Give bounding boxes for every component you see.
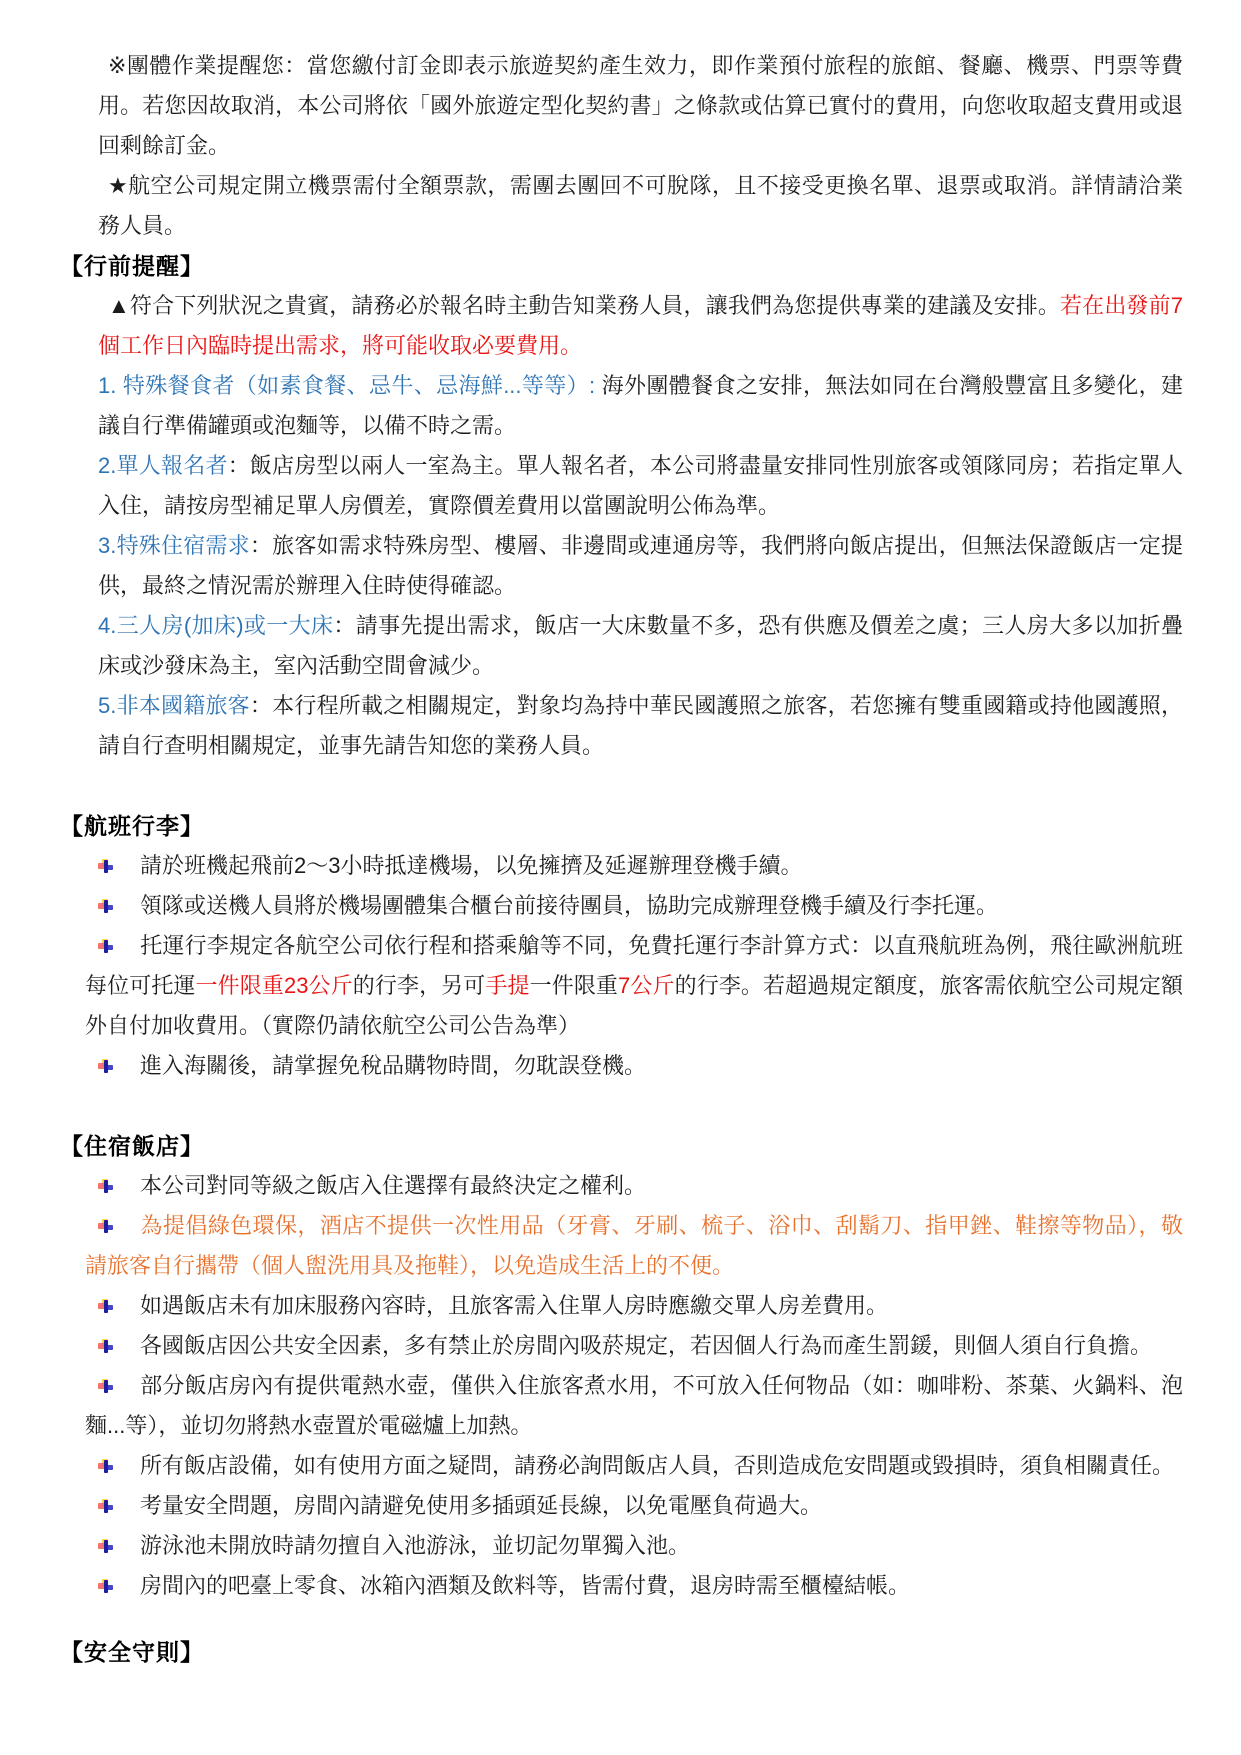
item-text-part-red: 7公斤 <box>618 973 675 998</box>
item-label: 1. 特殊餐食者（如素食餐、忌牛、忌海鮮...等等）: <box>98 373 602 398</box>
item-body: ：本行程所載之相關規定，對象均為持中華民國護照之旅客，若您擁有雙重國籍或持他國護… <box>98 693 1183 758</box>
item-label: 4.三人房(加床)或一大床 <box>98 613 333 638</box>
pinwheel-bullet-icon <box>98 939 114 955</box>
pinwheel-bullet-icon <box>98 899 114 915</box>
item-text: 房間內的吧臺上零食、冰箱內酒類及飲料等，皆需付費，退房時需至櫃檯結帳。 <box>140 1573 910 1598</box>
item-body: ：旅客如需求特殊房型、樓層、非邊間或連通房等，我們將向飯店提出，但無法保證飯店一… <box>98 533 1183 598</box>
flight-item-customs: 進入海關後，請掌握免稅品購物時間，勿耽誤登機。 <box>85 1046 1183 1086</box>
pinwheel-bullet-icon <box>98 1379 114 1395</box>
pre-departure-item-2: 2.單人報名者：飯店房型以兩人一室為主。單人報名者，本公司將盡量安排同性別旅客或… <box>98 446 1183 526</box>
item-text: 各國飯店因公共安全因素，多有禁止於房間內吸菸規定，若因個人行為而產生罰鍰，則個人… <box>140 1333 1152 1358</box>
pre-departure-item-4: 4.三人房(加床)或一大床：請事先提出需求，飯店一大床數量不多，恐有供應及價差之… <box>98 606 1183 686</box>
item-label: 3.特殊住宿需求 <box>98 533 250 558</box>
item-text: 為提倡綠色環保，酒店不提供一次性用品（牙膏、牙刷、梳子、浴巾、刮鬍刀、指甲銼、鞋… <box>85 1213 1183 1278</box>
deposit-notice: ※團體作業提醒您：當您繳付訂金即表示旅遊契約產生效力，即作業預付旅程的旅館、餐廳… <box>98 46 1183 166</box>
item-text: 考量安全問題，房間內請避免使用多插頭延長線，以免電壓負荷過大。 <box>140 1493 822 1518</box>
pre-departure-intro-black: ▲符合下列狀況之貴賓，請務必於報名時主動告知業務人員，讓我們為您提供專業的建議及… <box>108 293 1060 318</box>
airline-ticket-notice-text: ★航空公司規定開立機票需付全額票款，需團去團回不可脫隊，且不接受更換名單、退票或… <box>98 173 1183 238</box>
item-text: 本公司對同等級之飯店入住選擇有最終決定之權利。 <box>140 1173 646 1198</box>
pinwheel-bullet-icon <box>98 1339 114 1355</box>
item-text: 請於班機起飛前2～3小時抵達機場，以免擁擠及延遲辦理登機手續。 <box>140 853 802 878</box>
pinwheel-bullet-icon <box>98 1179 114 1195</box>
item-text: 領隊或送機人員將於機場團體集合櫃台前接待團員，協助完成辦理登機手續及行李托運。 <box>140 893 998 918</box>
item-text-part-red: 一件限重23公斤 <box>196 973 353 998</box>
pinwheel-bullet-icon <box>98 1219 114 1235</box>
section-title-flight-baggage: 【航班行李】 <box>60 806 1183 846</box>
blank-line <box>60 1086 1183 1126</box>
hotel-item-minibar: 房間內的吧臺上零食、冰箱內酒類及飲料等，皆需付費，退房時需至櫃檯結帳。 <box>85 1566 1183 1606</box>
flight-item-arrival-time: 請於班機起飛前2～3小時抵達機場，以免擁擠及延遲辦理登機手續。 <box>85 846 1183 886</box>
pre-departure-item-3: 3.特殊住宿需求：旅客如需求特殊房型、樓層、非邊間或連通房等，我們將向飯店提出，… <box>98 526 1183 606</box>
section-title-hotel: 【住宿飯店】 <box>60 1126 1183 1166</box>
hotel-item-final-decision: 本公司對同等級之飯店入住選擇有最終決定之權利。 <box>85 1166 1183 1206</box>
hotel-item-extra-bed: 如遇飯店未有加床服務內容時，且旅客需入住單人房時應繳交單人房差費用。 <box>85 1286 1183 1326</box>
section-title-safety: 【安全守則】 <box>60 1632 1183 1672</box>
item-body: ：飯店房型以兩人一室為主。單人報名者，本公司將盡量安排同性別旅客或領隊同房；若指… <box>98 453 1183 518</box>
item-text: 如遇飯店未有加床服務內容時，且旅客需入住單人房時應繳交單人房差費用。 <box>140 1293 888 1318</box>
airline-ticket-notice: ★航空公司規定開立機票需付全額票款，需團去團回不可脫隊，且不接受更換名單、退票或… <box>98 166 1183 246</box>
pinwheel-bullet-icon <box>98 1499 114 1515</box>
pinwheel-bullet-icon <box>98 859 114 875</box>
small-gap <box>60 1606 1183 1632</box>
hotel-item-kettle: 部分飯店房內有提供電熱水壺，僅供入住旅客煮水用，不可放入任何物品（如：咖啡粉、茶… <box>85 1366 1183 1446</box>
pinwheel-bullet-icon <box>98 1059 114 1075</box>
pinwheel-bullet-icon <box>98 1539 114 1555</box>
hotel-item-green-policy: 為提倡綠色環保，酒店不提供一次性用品（牙膏、牙刷、梳子、浴巾、刮鬍刀、指甲銼、鞋… <box>85 1206 1183 1286</box>
pre-departure-item-1: 1. 特殊餐食者（如素食餐、忌牛、忌海鮮...等等）: 海外團體餐食之安排，無法… <box>98 366 1183 446</box>
item-text: 部分飯店房內有提供電熱水壺，僅供入住旅客煮水用，不可放入任何物品（如：咖啡粉、茶… <box>85 1373 1183 1438</box>
pinwheel-bullet-icon <box>98 1579 114 1595</box>
flight-item-baggage-allowance: 托運行李規定各航空公司依行程和搭乘艙等不同，免費托運行李計算方式：以直飛航班為例… <box>85 926 1183 1046</box>
blank-line <box>60 766 1183 806</box>
flight-item-checkin-assist: 領隊或送機人員將於機場團體集合櫃台前接待團員，協助完成辦理登機手續及行李托運。 <box>85 886 1183 926</box>
item-label: 5.非本國籍旅客 <box>98 693 250 718</box>
item-text-part-red: 手提 <box>485 973 529 998</box>
hotel-item-power-strip: 考量安全問題，房間內請避免使用多插頭延長線，以免電壓負荷過大。 <box>85 1486 1183 1526</box>
hotel-item-facilities: 所有飯店設備，如有使用方面之疑問，請務必詢問飯店人員，否則造成危安問題或毀損時，… <box>85 1446 1183 1486</box>
deposit-notice-text: ※團體作業提醒您：當您繳付訂金即表示旅遊契約產生效力，即作業預付旅程的旅館、餐廳… <box>98 53 1183 158</box>
pre-departure-item-5: 5.非本國籍旅客：本行程所載之相關規定，對象均為持中華民國護照之旅客，若您擁有雙… <box>98 686 1183 766</box>
hotel-item-pool: 游泳池未開放時請勿擅自入池游泳，並切記勿單獨入池。 <box>85 1526 1183 1566</box>
travel-notice-document: ※團體作業提醒您：當您繳付訂金即表示旅遊契約產生效力，即作業預付旅程的旅館、餐廳… <box>0 0 1241 1672</box>
pinwheel-bullet-icon <box>98 1459 114 1475</box>
pinwheel-bullet-icon <box>98 1299 114 1315</box>
item-text-part: 一件限重 <box>530 973 618 998</box>
item-text-part: 的行李，另可 <box>353 973 486 998</box>
hotel-item-no-smoking: 各國飯店因公共安全因素，多有禁止於房間內吸菸規定，若因個人行為而產生罰鍰，則個人… <box>85 1326 1183 1366</box>
item-label: 2.單人報名者 <box>98 453 228 478</box>
item-text: 所有飯店設備，如有使用方面之疑問，請務必詢問飯店人員，否則造成危安問題或毀損時，… <box>140 1453 1174 1478</box>
pre-departure-intro: ▲符合下列狀況之貴賓，請務必於報名時主動告知業務人員，讓我們為您提供專業的建議及… <box>98 286 1183 366</box>
item-text: 游泳池未開放時請勿擅自入池游泳，並切記勿單獨入池。 <box>140 1533 690 1558</box>
section-title-pre-departure: 【行前提醒】 <box>60 246 1183 286</box>
item-text: 進入海關後，請掌握免稅品購物時間，勿耽誤登機。 <box>140 1053 646 1078</box>
